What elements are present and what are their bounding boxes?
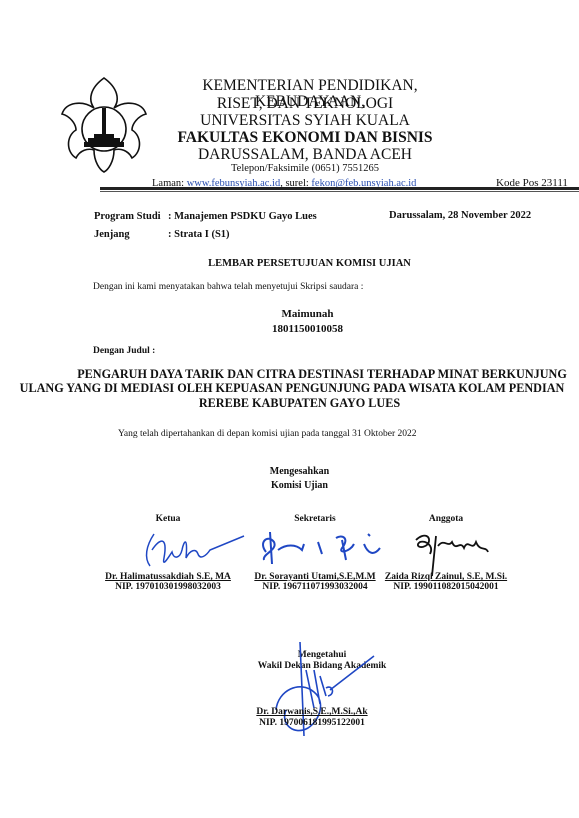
thesis-title-line: REREBE KABUPATEN GAYO LUES [10,396,579,411]
student-nim: 1801150010058 [18,323,579,335]
document-title: LEMBAR PERSETUJUAN KOMISI UJIAN [20,258,579,269]
intro-text: Dengan ini kami menyatakan bahwa telah m… [93,282,363,292]
level-value: : Strata I (S1) [168,229,230,240]
letterhead-divider-thin [100,191,579,192]
member-nip: NIP. 199011082015042001 [384,582,508,592]
approval-heading: Mengesahkan [10,466,579,477]
level-label: Jenjang [94,229,130,240]
title-label: Dengan Judul : [93,346,155,356]
letterhead-phone: Telepon/Faksimile (0651) 7551265 [150,164,460,175]
chair-nip: NIP. 197010301998032003 [88,582,248,592]
place-date: Darussalam, 28 November 2022 [389,210,531,221]
role-member: Anggota [384,514,508,524]
student-name: Maimunah [18,308,579,320]
member-name: Zaida Rizqi Zainul, S.E, M.Si. [384,572,508,582]
role-chair: Ketua [88,514,248,524]
signature-member-icon [410,528,500,578]
program-label: Program Studi [94,211,161,222]
letterhead-ministry-2: RISET, DAN TEKNOLOGI [150,96,460,112]
role-secretary: Sekretaris [246,514,384,524]
secretary-name: Dr. Sorayanti Utami,S.E,M.M [246,572,384,582]
letterhead-university: UNIVERSITAS SYIAH KUALA [150,113,460,129]
vice-dean-name: Dr. Darwanis,S.E.,M.Si.,Ak [232,707,392,717]
defense-date-text: Yang telah dipertahankan di depan komisi… [118,429,416,439]
vice-dean-nip: NIP. 197006181995122001 [232,718,392,728]
letterhead-divider [100,187,579,190]
thesis-title-line: ULANG YANG DI MEDIASI OLEH KEPUASAN PENG… [0,381,579,396]
signature-chair-icon [140,528,250,578]
university-seal-icon [58,74,150,174]
letterhead-faculty: FAKULTAS EKONOMI DAN BISNIS [150,130,460,146]
secretary-nip: NIP. 196711071993032004 [246,582,384,592]
signature-secretary-icon [256,530,386,566]
chair-name: Dr. Halimatussakdiah S.E, MA [88,572,248,582]
committee-heading: Komisi Ujian [10,480,579,491]
letterhead-address: DARUSSALAM, BANDA ACEH [150,147,460,163]
program-value: : Manajemen PSDKU Gayo Lues [168,211,317,222]
thesis-title-line: PENGARUH DAYA TARIK DAN CITRA DESTINASI … [2,367,579,382]
